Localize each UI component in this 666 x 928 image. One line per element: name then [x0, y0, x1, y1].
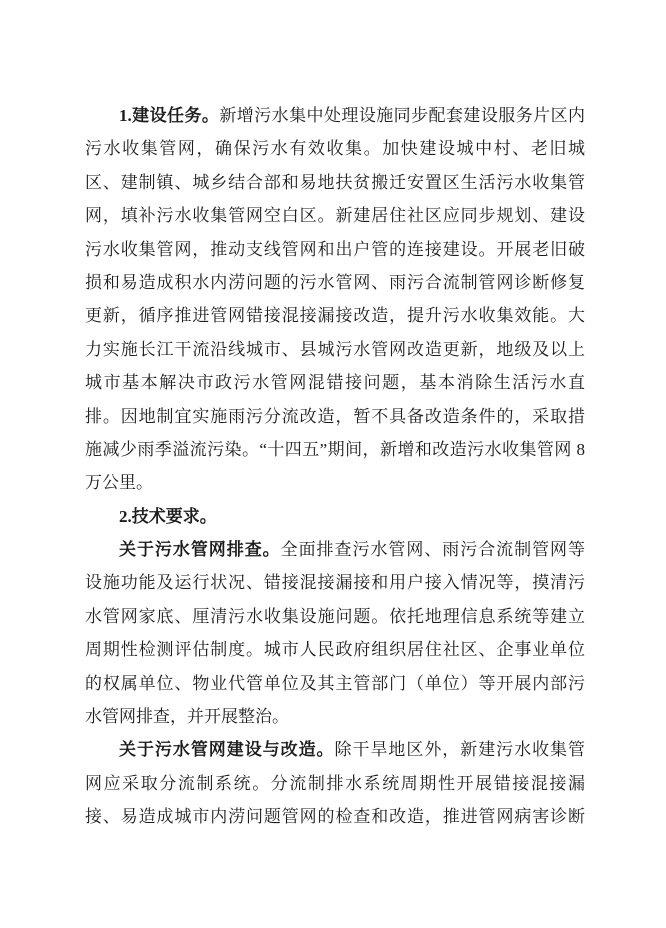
text-line: 力实施长江干流沿线城市、县城污水管网改造更新，地级及以上 [85, 333, 585, 366]
paragraph-lead: 2.技术要求。 [119, 507, 217, 526]
paragraph-text: 新增污水集中处理设施同步配套建设服务片区内 [219, 106, 585, 125]
text-line: 的权属单位、物业代管单位及其主管部门（单位）等开展内部污 [85, 667, 585, 700]
paragraph: 2.技术要求。 [85, 500, 585, 533]
paragraph-lead: 1.建设任务。 [119, 106, 219, 125]
text-line: 区、建制镇、城乡结合部和易地扶贫搬迁安置区生活污水收集管 [85, 166, 585, 199]
text-line: 污水收集管网，确保污水有效收集。加快建设城中村、老旧城 [85, 132, 585, 165]
text-line: 接、易造成城市内涝问题管网的检查和改造，推进管网病害诊断 [85, 800, 585, 833]
paragraph: 关于污水管网建设与改造。除干旱地区外，新建污水收集管网应采取分流制系统。分流制排… [85, 733, 585, 833]
text-line: 城市基本解决市政污水管网混错接问题，基本消除生活污水直 [85, 366, 585, 399]
document-page: 1.建设任务。新增污水集中处理设施同步配套建设服务片区内污水收集管网，确保污水有… [0, 0, 666, 928]
text-line: 损和易造成积水内涝问题的污水管网、雨污合流制管网诊断修复 [85, 266, 585, 299]
text-line: 关于污水管网建设与改造。除干旱地区外，新建污水收集管 [85, 733, 585, 766]
text-line: 更新，循序推进管网错接混接漏接改造，提升污水收集效能。大 [85, 299, 585, 332]
text-line: 水管网家底、厘清污水收集设施问题。依托地理信息系统等建立 [85, 600, 585, 633]
paragraph-text: 全面排查污水管网、雨污合流制管网等 [281, 540, 585, 559]
paragraph: 关于污水管网排查。全面排查污水管网、雨污合流制管网等设施功能及运行状况、错接混接… [85, 533, 585, 733]
document-body: 1.建设任务。新增污水集中处理设施同步配套建设服务片区内污水收集管网，确保污水有… [85, 99, 585, 834]
text-line: 施减少雨季溢流污染。“十四五”期间，新增和改造污水收集管网 8 [85, 433, 585, 466]
text-line: 设施功能及运行状况、错接混接漏接和用户接入情况等，摸清污 [85, 566, 585, 599]
text-line: 2.技术要求。 [85, 500, 585, 533]
paragraph-lead: 关于污水管网排查。 [119, 540, 281, 559]
text-line: 排。因地制宜实施雨污分流改造，暂不具备改造条件的，采取措 [85, 400, 585, 433]
text-line: 1.建设任务。新增污水集中处理设施同步配套建设服务片区内 [85, 99, 585, 132]
paragraph: 1.建设任务。新增污水集中处理设施同步配套建设服务片区内污水收集管网，确保污水有… [85, 99, 585, 500]
text-line: 网应采取分流制系统。分流制排水系统周期性开展错接混接漏 [85, 767, 585, 800]
text-line: 周期性检测评估制度。城市人民政府组织居住社区、企事业单位 [85, 633, 585, 666]
paragraph-text: 除干旱地区外，新建污水收集管 [335, 740, 585, 759]
text-line: 关于污水管网排查。全面排查污水管网、雨污合流制管网等 [85, 533, 585, 566]
text-line: 万公里。 [85, 466, 585, 499]
text-line: 污水收集管网，推动支线管网和出户管的连接建设。开展老旧破 [85, 233, 585, 266]
paragraph-lead: 关于污水管网建设与改造。 [119, 740, 335, 759]
text-line: 水管网排查，并开展整治。 [85, 700, 585, 733]
text-line: 网，填补污水收集管网空白区。新建居住社区应同步规划、建设 [85, 199, 585, 232]
